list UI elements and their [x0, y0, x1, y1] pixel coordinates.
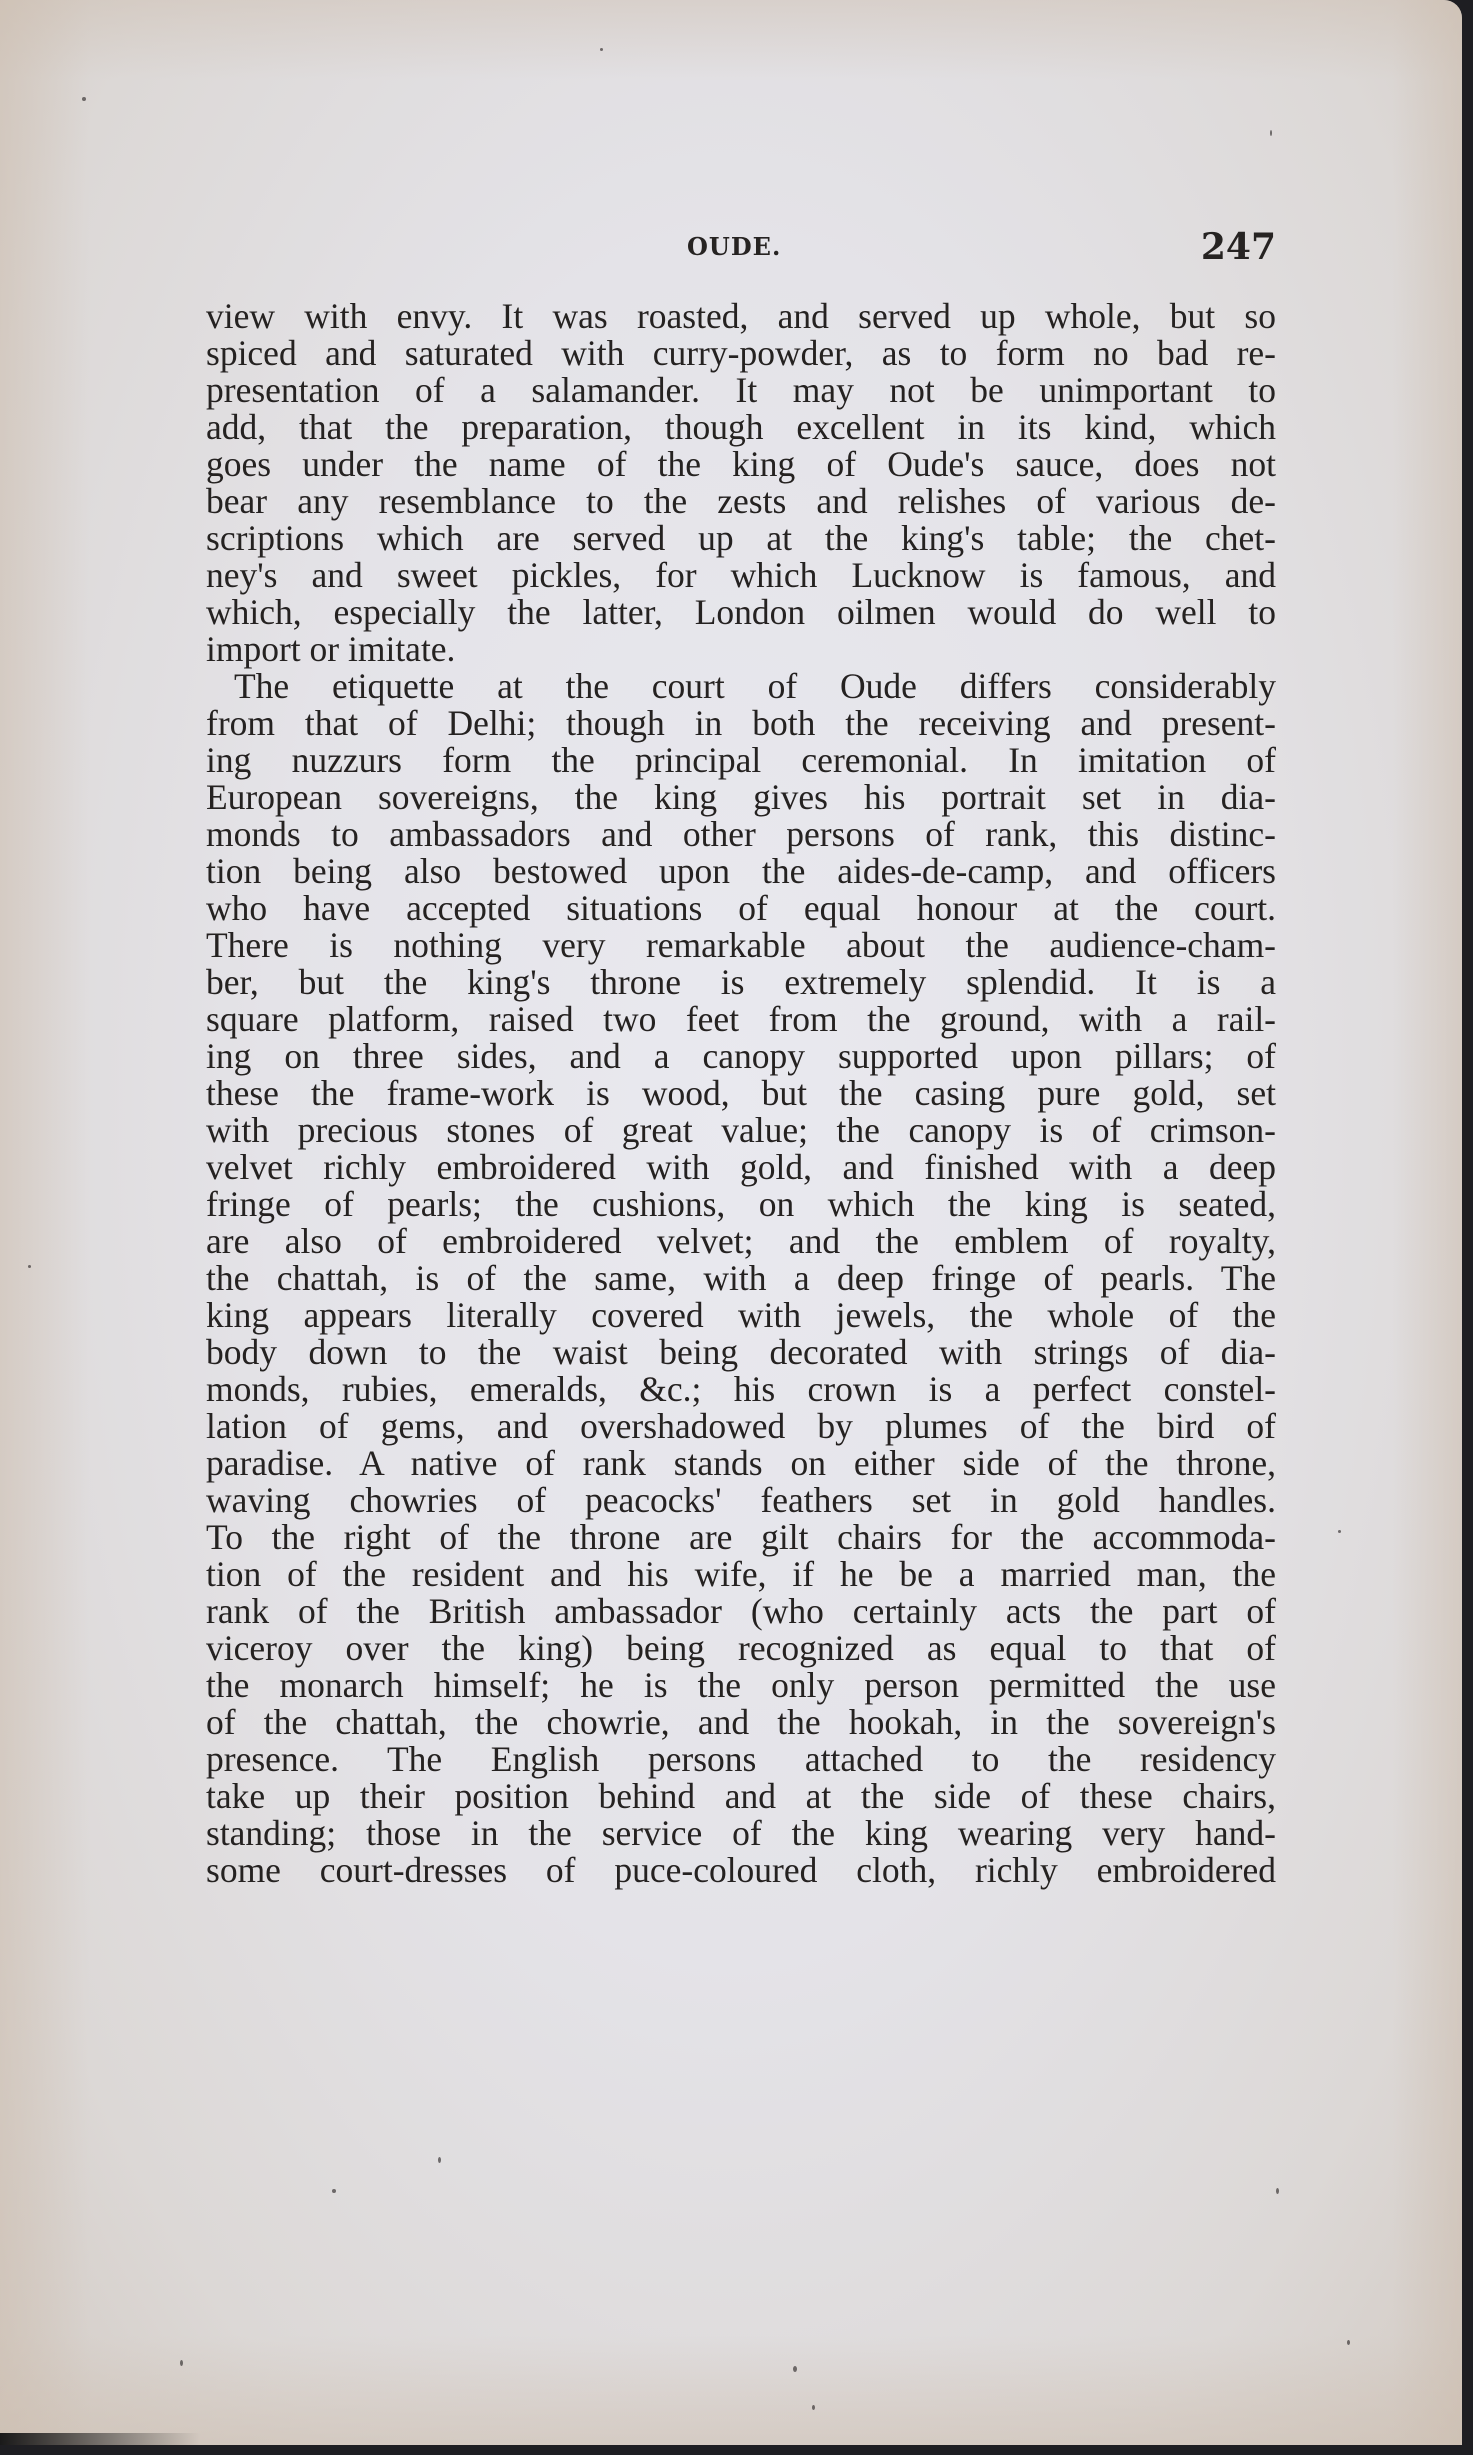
text-line: ber, but the king's throne is extremely …	[206, 964, 1276, 1001]
text-line: The etiquette at the court of Oude diffe…	[206, 668, 1276, 705]
text-line: rank of the British ambassador (who cert…	[206, 1593, 1276, 1630]
page-number: 247	[1201, 226, 1276, 268]
text-line: To the right of the throne are gilt chai…	[206, 1519, 1276, 1556]
paper-speck	[1270, 130, 1272, 136]
text-line: the monarch himself; he is the only pers…	[206, 1667, 1276, 1704]
text-line: which, especially the latter, London oil…	[206, 594, 1276, 631]
text-line: square platform, raised two feet from th…	[206, 1001, 1276, 1038]
text-line: presence. The English persons attached t…	[206, 1741, 1276, 1778]
text-line: standing; those in the service of the ki…	[206, 1815, 1276, 1852]
text-line: the chattah, is of the same, with a deep…	[206, 1260, 1276, 1297]
text-line: import or imitate.	[206, 631, 1276, 668]
text-line: viceroy over the king) being recognized …	[206, 1630, 1276, 1667]
text-line: waving chowries of peacocks' feathers se…	[206, 1482, 1276, 1519]
body-text: view with envy. It was roasted, and serv…	[206, 298, 1276, 1889]
text-line: ing nuzzurs form the principal ceremonia…	[206, 742, 1276, 779]
running-head: OUDE. 247	[206, 226, 1276, 276]
text-line: fringe of pearls; the cushions, on which…	[206, 1186, 1276, 1223]
text-line: these the frame-work is wood, but the ca…	[206, 1075, 1276, 1112]
text-line: some court-dresses of puce-coloured clot…	[206, 1852, 1276, 1889]
paper-speck	[793, 2366, 797, 2372]
text-line: lation of gems, and overshadowed by plum…	[206, 1408, 1276, 1445]
text-line: with precious stones of great value; the…	[206, 1112, 1276, 1149]
paper-speck	[332, 2189, 336, 2193]
text-line: view with envy. It was roasted, and serv…	[206, 298, 1276, 335]
text-line: ing on three sides, and a canopy support…	[206, 1038, 1276, 1075]
text-line: from that of Delhi; though in both the r…	[206, 705, 1276, 742]
paper-speck	[28, 1265, 31, 1268]
text-line: who have accepted situations of equal ho…	[206, 890, 1276, 927]
book-page: OUDE. 247 view with envy. It was roasted…	[0, 0, 1462, 2445]
text-line: There is nothing very remarkable about t…	[206, 927, 1276, 964]
text-line: take up their position behind and at the…	[206, 1778, 1276, 1815]
text-line: tion of the resident and his wife, if he…	[206, 1556, 1276, 1593]
text-line: of the chattah, the chowrie, and the hoo…	[206, 1704, 1276, 1741]
text-line: goes under the name of the king of Oude'…	[206, 446, 1276, 483]
text-line: presentation of a salamander. It may not…	[206, 372, 1276, 409]
text-line: monds, rubies, emeralds, &c.; his crown …	[206, 1371, 1276, 1408]
text-line: monds to ambassadors and other persons o…	[206, 816, 1276, 853]
paper-speck	[600, 48, 603, 51]
text-line: body down to the waist being decorated w…	[206, 1334, 1276, 1371]
paper-speck	[812, 2405, 815, 2410]
text-line: king appears literally covered with jewe…	[206, 1297, 1276, 1334]
paper-speck	[1276, 2188, 1279, 2194]
paper-speck	[1347, 2340, 1350, 2345]
paper-speck	[1338, 1530, 1341, 1533]
text-line: bear any resemblance to the zests and re…	[206, 483, 1276, 520]
text-line: spiced and saturated with curry-powder, …	[206, 335, 1276, 372]
text-line: add, that the preparation, though excell…	[206, 409, 1276, 446]
page-edge-shadow	[0, 2433, 200, 2445]
text-line: velvet richly embroidered with gold, and…	[206, 1149, 1276, 1186]
text-line: are also of embroidered velvet; and the …	[206, 1223, 1276, 1260]
text-line: ney's and sweet pickles, for which Luckn…	[206, 557, 1276, 594]
chapter-title: OUDE.	[687, 232, 781, 261]
paper-speck	[438, 2157, 441, 2163]
paper-speck	[180, 2360, 183, 2366]
paper-speck	[82, 97, 86, 101]
text-line: paradise. A native of rank stands on eit…	[206, 1445, 1276, 1482]
text-line: tion being also bestowed upon the aides-…	[206, 853, 1276, 890]
text-line: European sovereigns, the king gives his …	[206, 779, 1276, 816]
text-line: scriptions which are served up at the ki…	[206, 520, 1276, 557]
